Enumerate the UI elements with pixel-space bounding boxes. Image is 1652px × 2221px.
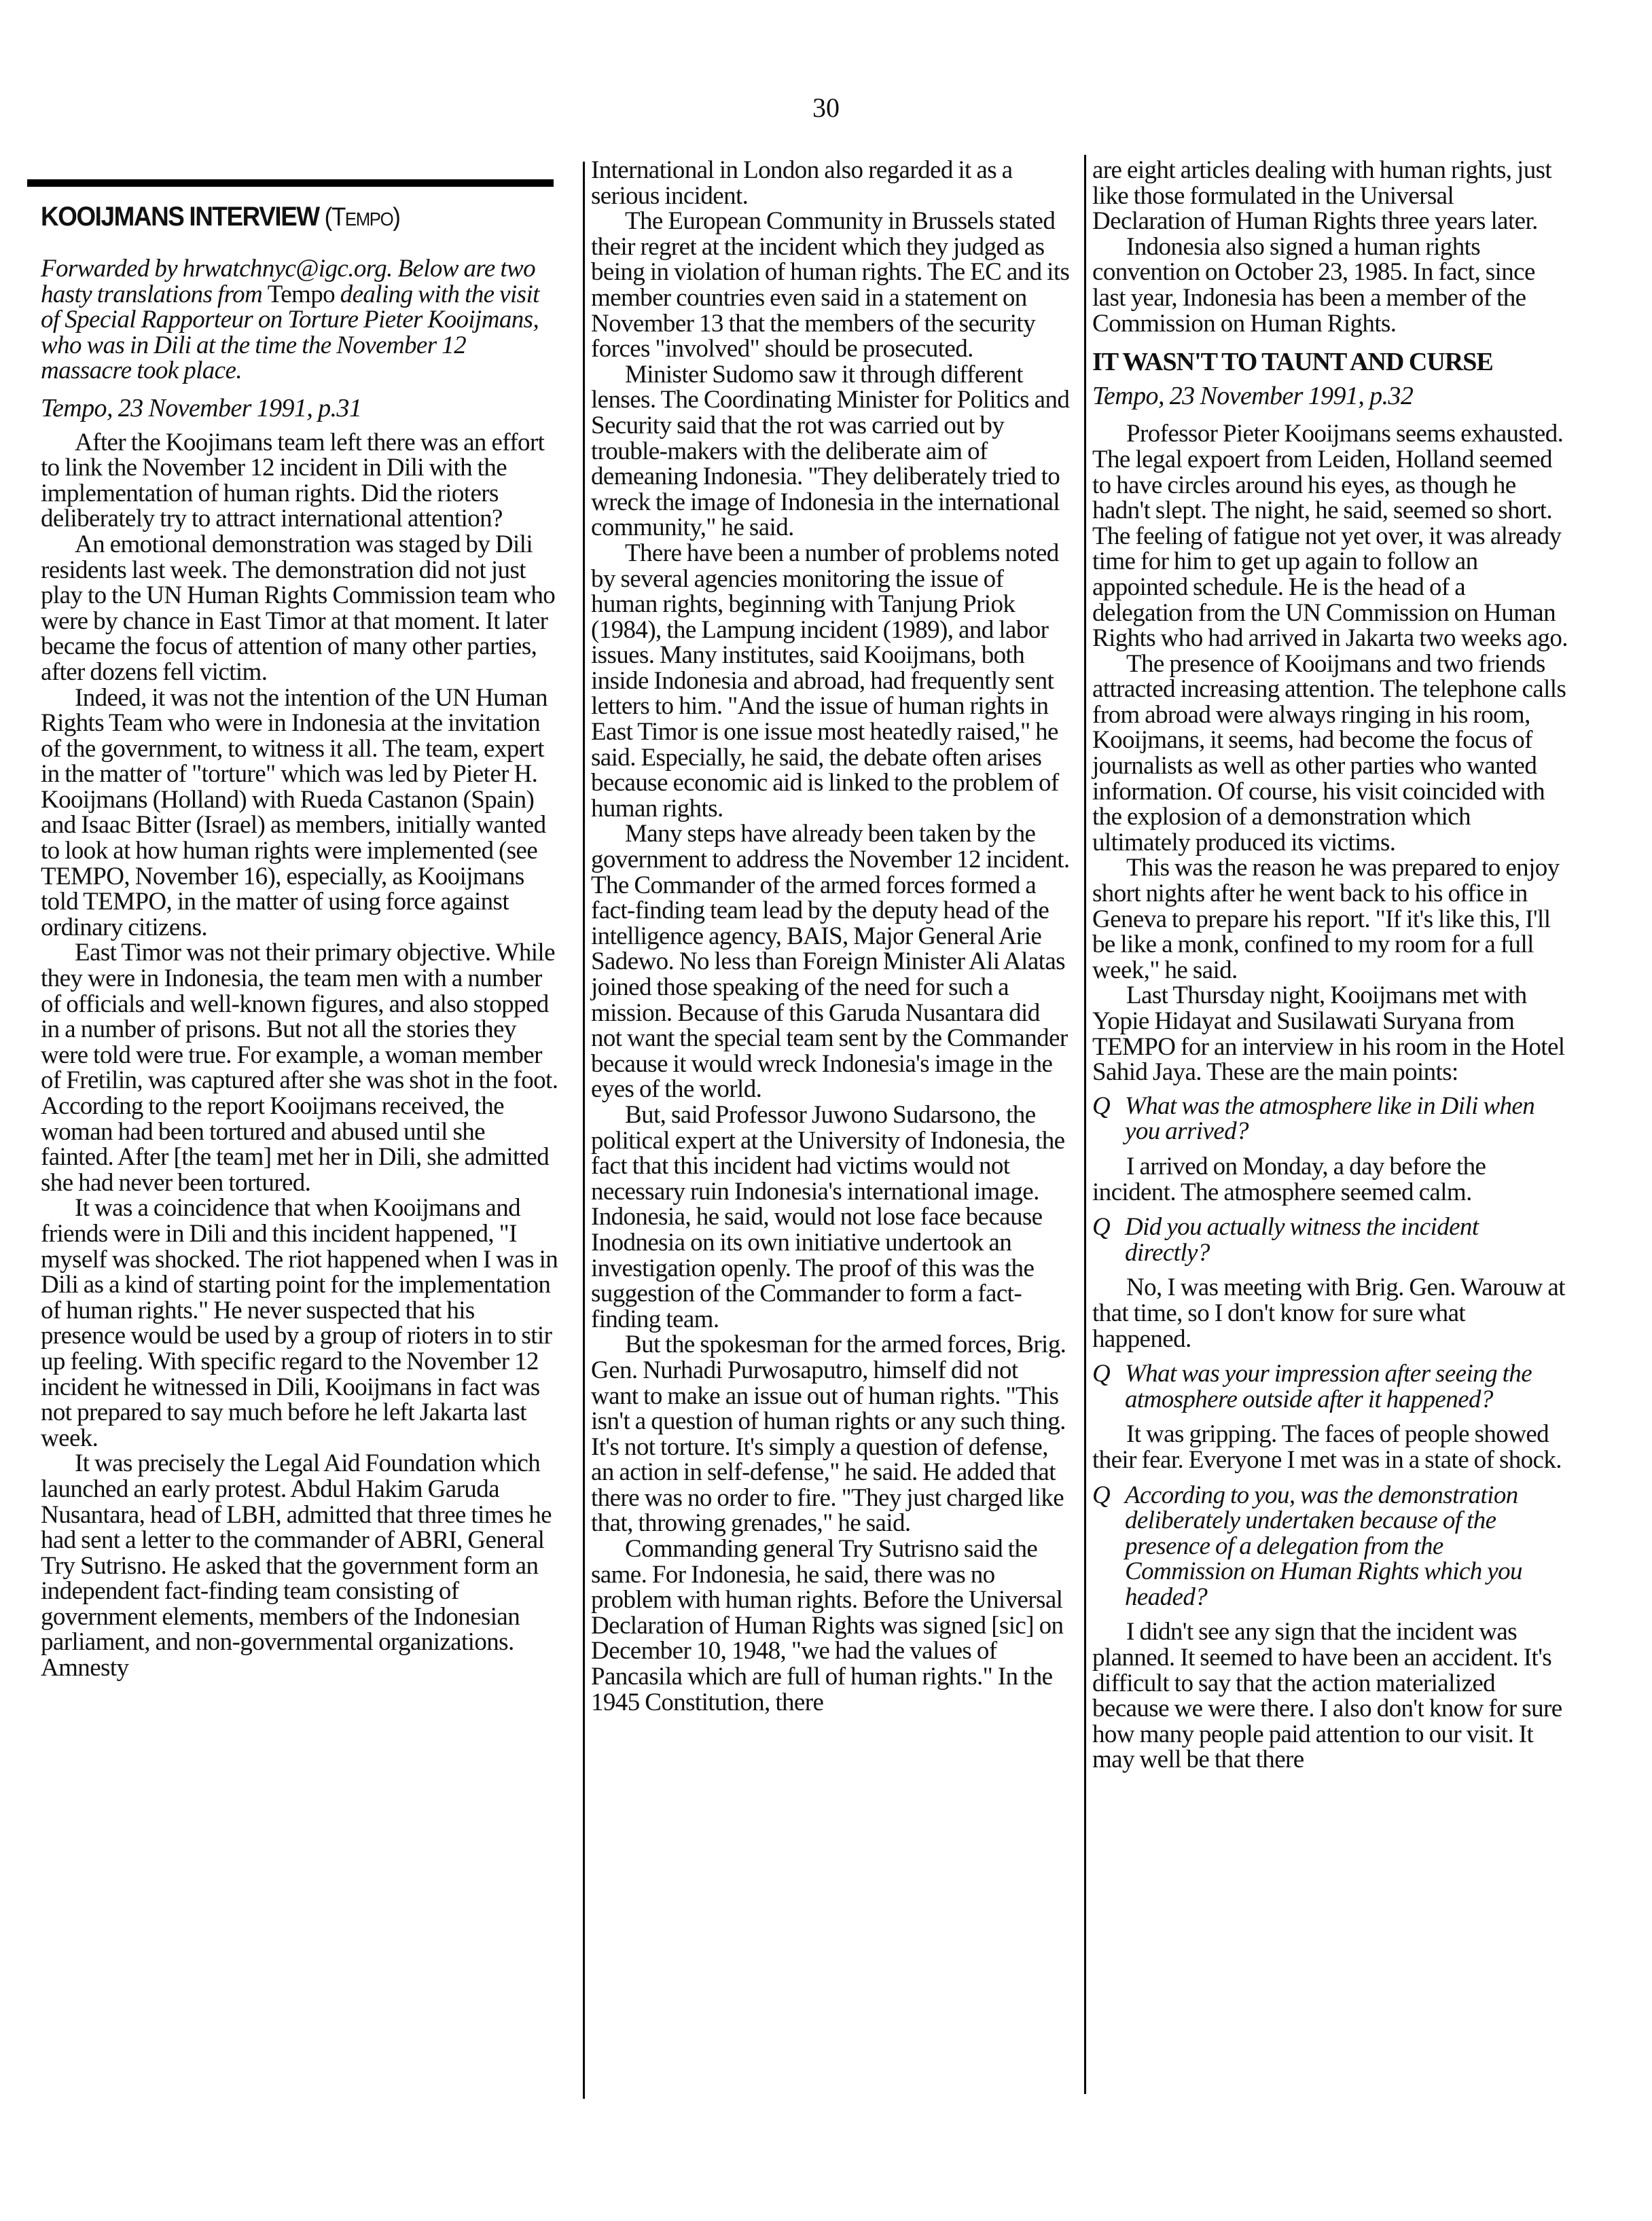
article-title-text: KOOIJMANS INTERVIEW	[41, 202, 319, 232]
column-2: International in London also regarded it…	[591, 158, 1070, 1715]
question-label: Q	[1092, 1361, 1125, 1387]
lead-publication: Tempo	[268, 281, 335, 308]
paragraph: The European Community in Brussels state…	[591, 209, 1070, 362]
paragraph: It was a coincidence that when Kooijmans…	[41, 1195, 560, 1451]
source-rest: EMPO	[345, 209, 393, 230]
paragraph: This was the reason he was prepared to e…	[1092, 855, 1568, 983]
paragraph: International in London also regarded it…	[591, 158, 1070, 209]
paragraph: Many steps have already been taken by th…	[591, 821, 1070, 1102]
column-3: are eight articles dealing with human ri…	[1092, 158, 1568, 1782]
paragraph: It was precisely the Legal Aid Foundatio…	[41, 1451, 560, 1680]
paragraph: An emotional demonstration was staged by…	[41, 532, 560, 685]
column-1: KOOIJMANS INTERVIEW (TEMPO) Forwarded by…	[27, 158, 560, 1681]
column-divider	[583, 162, 585, 2099]
paragraph: Indonesia also signed a human rights con…	[1092, 234, 1568, 336]
interview-answer: It was gripping. The faces of people sho…	[1092, 1422, 1568, 1473]
paragraph: Indeed, it was not the intention of the …	[41, 685, 560, 941]
article-title-source: (TEMPO)	[325, 203, 400, 232]
paragraph: After the Koojimans team left there was …	[41, 430, 560, 532]
paragraph: Minister Sudomo saw it through different…	[591, 362, 1070, 541]
question-label: Q	[1092, 1214, 1125, 1240]
interview-question: QDid you actually witness the incident d…	[1092, 1214, 1568, 1265]
source-initial: T	[331, 203, 345, 232]
paragraph: are eight articles dealing with human ri…	[1092, 158, 1568, 234]
source-citation: Tempo, 23 November 1991, p.31	[41, 396, 560, 422]
paragraph: East Timor was not their primary objecti…	[41, 940, 560, 1195]
question-label: Q	[1092, 1483, 1125, 1509]
page-number: 30	[0, 91, 1652, 125]
interview-answer: No, I was meeting with Brig. Gen. Warouw…	[1092, 1275, 1568, 1352]
interview-question: QWhat was the atmosphere like in Dili wh…	[1092, 1094, 1568, 1144]
paren: )	[393, 203, 399, 232]
question-text: What was the atmosphere like in Dili whe…	[1125, 1092, 1534, 1146]
interview-answer: I didn't see any sign that the incident …	[1092, 1619, 1568, 1773]
paragraph: Last Thursday night, Kooijmans met with …	[1092, 983, 1568, 1085]
article-lead: Forwarded by hrwatchnyc@igc.org. Below a…	[41, 256, 543, 384]
interview-question: QWhat was your impression after seeing t…	[1092, 1361, 1568, 1412]
paragraph: But, said Professor Juwono Sudarsono, th…	[591, 1102, 1070, 1332]
paragraph: There have been a number of problems not…	[591, 541, 1070, 822]
paragraph: But the spokesman for the armed forces, …	[591, 1332, 1070, 1536]
question-text: What was your impression after seeing th…	[1125, 1360, 1532, 1413]
article2-title: IT WASN'T TO TAUNT AND CURSE	[1092, 350, 1568, 376]
paragraph: Professor Pieter Kooijmans seems exhaust…	[1092, 421, 1568, 651]
question-text: Did you actually witness the incident di…	[1125, 1213, 1479, 1267]
source-citation: Tempo, 23 November 1991, p.32	[1092, 384, 1568, 410]
paren: (	[325, 203, 331, 232]
question-text: According to you, was the demonstration …	[1125, 1481, 1522, 1611]
column-divider	[1084, 155, 1086, 2094]
interview-answer: I arrived on Monday, a day before the in…	[1092, 1154, 1568, 1205]
paragraph: The presence of Kooijmans and two friend…	[1092, 651, 1568, 856]
interview-question: QAccording to you, was the demonstration…	[1092, 1483, 1568, 1610]
question-label: Q	[1092, 1094, 1125, 1119]
article-title: KOOIJMANS INTERVIEW (TEMPO)	[41, 200, 519, 236]
heading-rule	[27, 179, 554, 187]
paragraph: Commanding general Try Sutrisno said the…	[591, 1536, 1070, 1715]
